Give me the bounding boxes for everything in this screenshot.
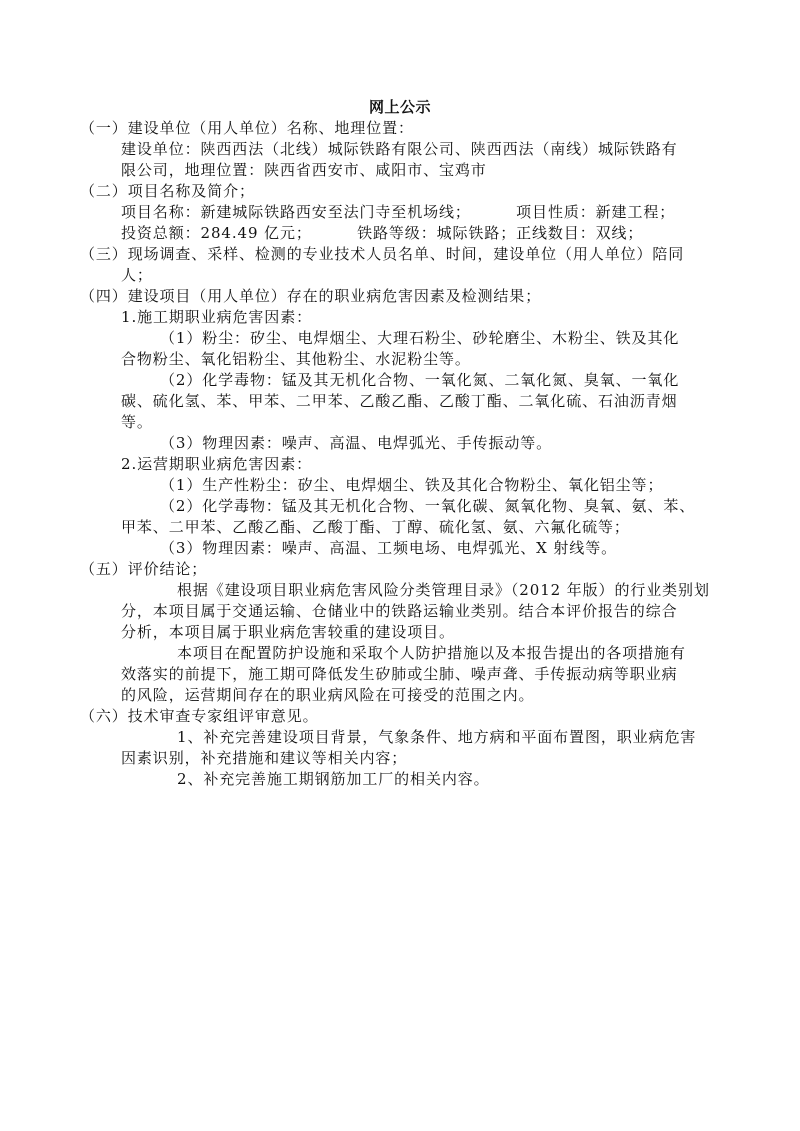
page-title: 网上公示 <box>0 97 800 118</box>
item-productive-dust: （1）生产性粉尘：矽尘、电焊烟尘、铁及其化合物粉尘、氧化铝尘等； <box>160 475 663 496</box>
review-opinion-1: 1、补充完善建设项目背景，气象条件、地方病和平面布置图，职业病危害 <box>177 727 696 748</box>
conclusion-paragraph-2-cont: 的风险，运营期间存在的职业病风险在可接受的范围之内。 <box>121 685 534 706</box>
conclusion-paragraph-2-cont: 效落实的前提下，施工期可降低发生矽肺或尘肺、噪声聋、手传振动病等职业病 <box>121 664 678 685</box>
review-opinion-2: 2、补充完善施工期钢筋加工厂的相关内容。 <box>177 769 490 790</box>
section-heading-3: （三）现场调查、采样、检测的专业技术人员名单、时间，建设单位（用人单位）陪同 <box>80 244 684 265</box>
section-1-line: 建设单位：陕西西法（北线）城际铁路有限公司、陕西西法（南线）城际铁路有 <box>121 139 678 160</box>
document-page: 网上公示 （一）建设单位（用人单位）名称、地理位置： 建设单位：陕西西法（北线）… <box>0 0 800 1131</box>
review-opinion-1-cont: 因素识别，补充措施和建议等相关内容； <box>121 748 407 769</box>
conclusion-paragraph-1-cont: 分，本项目属于交通运输、仓储业中的铁路运输业类别。结合本评价报告的综合 <box>121 601 678 622</box>
section-3-line: 人； <box>121 265 153 286</box>
conclusion-paragraph-2: 本项目在配置防护设施和采取个人防护措施以及本报告提出的各项措施有 <box>177 643 686 664</box>
item-chemicals-cont: 等。 <box>121 412 153 433</box>
section-heading-6: （六）技术审查专家组评审意见。 <box>80 706 319 727</box>
item-dust: （1）粉尘：矽尘、电焊烟尘、大理石粉尘、砂轮磨尘、木粉尘、铁及其化 <box>160 328 679 349</box>
item-physical: （3）物理因素：噪声、高温、电焊弧光、手传振动等。 <box>160 433 552 454</box>
item-chemicals-cont: 碳、硫化氢、苯、甲苯、二甲苯、乙酸乙酯、乙酸丁酯、二氧化硫、石油沥青烟 <box>121 391 678 412</box>
section-2-line: 项目名称：新建城际铁路西安至法门寺至机场线； 项目性质：新建工程； <box>121 202 675 223</box>
conclusion-paragraph-1: 根据《建设项目职业病危害风险分类管理目录》（2012 年版）的行业类别划 <box>177 580 710 601</box>
item-physical-op: （3）物理因素：噪声、高温、工频电场、电焊弧光、X 射线等。 <box>160 538 617 559</box>
section-2-line: 投资总额：284.49 亿元； 铁路等级：城际铁路；正线数目：双线； <box>121 223 643 244</box>
section-1-line: 限公司，地理位置：陕西省西安市、咸阳市、宝鸡市 <box>121 160 487 181</box>
subheading-operation-period: 2.运营期职业病危害因素： <box>121 454 312 475</box>
subheading-construction-period: 1.施工期职业病危害因素： <box>121 307 312 328</box>
item-chemicals-op: （2）化学毒物：锰及其无机化合物、一氧化碳、氮氧化物、臭氧、氨、苯、 <box>160 496 695 517</box>
section-heading-1: （一）建设单位（用人单位）名称、地理位置： <box>80 118 414 139</box>
section-heading-5: （五）评价结论； <box>80 559 207 580</box>
item-chemicals: （2）化学毒物：锰及其无机化合物、一氧化氮、二氧化氮、臭氧、一氧化 <box>160 370 679 391</box>
section-heading-2: （二）项目名称及简介； <box>80 181 255 202</box>
conclusion-paragraph-1-cont: 分析，本项目属于职业病危害较重的建设项目。 <box>121 622 455 643</box>
item-chemicals-op-cont: 甲苯、二甲苯、乙酸乙酯、乙酸丁酯、丁醇、硫化氢、氨、六氟化硫等； <box>121 517 630 538</box>
item-dust-cont: 合物粉尘、氧化铝粉尘、其他粉尘、水泥粉尘等。 <box>121 349 471 370</box>
section-heading-4: （四）建设项目（用人单位）存在的职业病危害因素及检测结果； <box>80 286 541 307</box>
